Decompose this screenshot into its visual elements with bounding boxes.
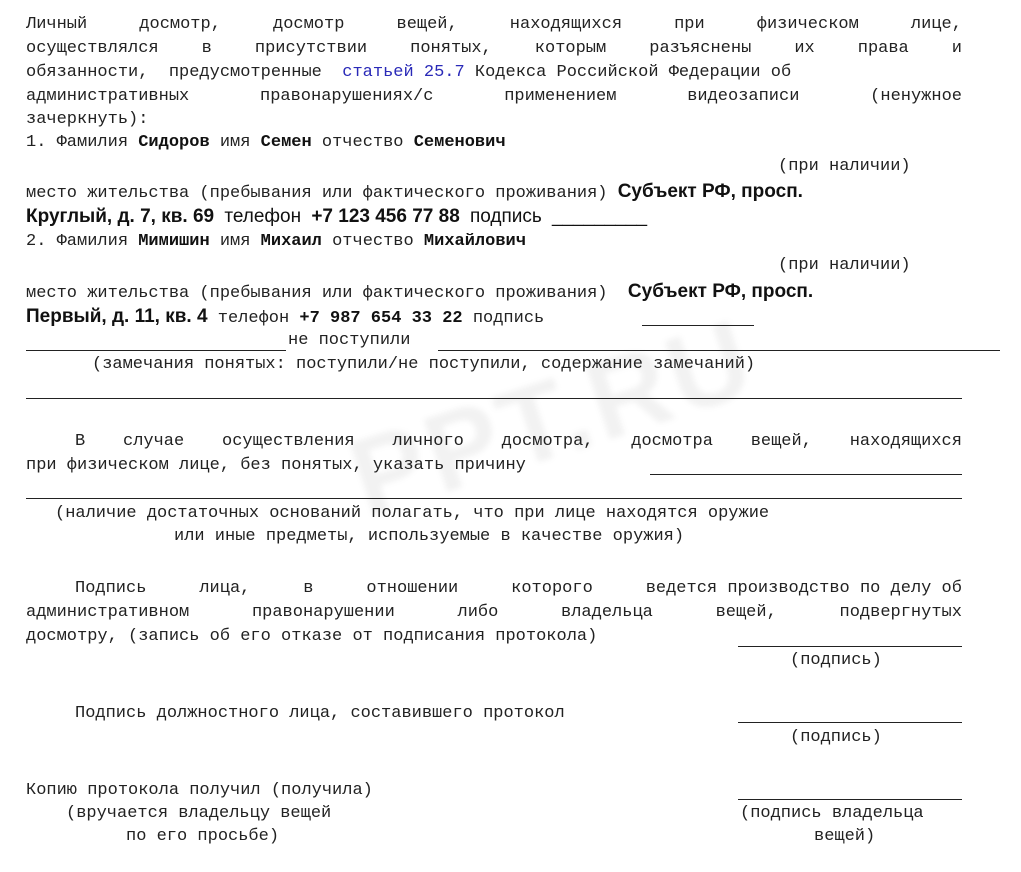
word: вещей, [397,14,458,36]
copy-received-note-1: (вручается владельцу вещей [66,803,331,825]
word: правонарушениях/с [260,86,433,108]
word: отношении [366,578,458,600]
witness-2-residence-line: место жительства (пребывания или фактиче… [26,281,813,305]
word: административных [26,86,189,108]
article-link[interactable]: статьей 25.7 [342,63,464,82]
witness-1-name: Семен [261,133,312,152]
word: понятых, [410,38,492,60]
witness-2-if-any: (при наличии) [778,255,911,277]
word: находящихся [850,431,962,453]
word: присутствии [255,38,367,60]
owner-signature-caption-2: вещей) [814,826,875,848]
reason-field[interactable] [650,474,962,475]
witness-1-surname: Сидоров [138,133,209,152]
word: досмотр, [139,14,221,36]
word: административном [26,602,189,624]
witness-2-address-line: Первый, д. 11, кв. 4 телефон +7 987 654 … [26,306,544,330]
witness-1-residence-line: место жительства (пребывания или фактиче… [26,181,803,205]
witness-1-address-1: Субъект РФ, просп. [618,181,803,202]
word: либо [458,602,499,624]
witness-1-address-line: Круглый, д. 7, кв. 69 телефон +7 123 456… [26,206,647,230]
word: вещей, [716,602,777,624]
word: лица, [199,578,250,600]
intro-line-1: Личныйдосмотр,досмотрвещей,находящихсяпр… [26,14,962,36]
intro-line-2: осуществлялсявприсутствиипонятых,которым… [26,38,962,60]
remarks-extra-field[interactable] [26,398,962,399]
witness-1-if-any: (при наличии) [778,156,911,178]
witness-2-name-line: 2. Фамилия Мимишин имя Михаил отчество М… [26,231,526,253]
witness-2-name: Михаил [261,232,322,251]
word: их [794,38,814,60]
word: Личный [26,14,87,36]
word: досмотра, [502,431,594,453]
witness-1-address-2: Круглый, д. 7, кв. 69 [26,206,214,227]
word: в [202,38,212,60]
witness-2-address-2: Первый, д. 11, кв. 4 [26,306,208,327]
word: подвергнутых [840,602,962,624]
witness-2-signature-field[interactable] [642,325,754,326]
person-signature-line-1: Подписьлица,вотношениикотороговедется пр… [75,578,962,600]
word: В [75,431,85,453]
no-witnesses-line-1: Вслучаеосуществленияличногодосмотра,досм… [75,431,962,453]
remarks-rule-right [438,350,1000,351]
witness-1-signature-field[interactable]: _________ [552,206,647,227]
word: Подпись [75,578,146,600]
reason-caption-1: (наличие достаточных оснований полагать,… [55,503,769,525]
intro-line-5: зачеркнуть): [26,109,148,131]
word: осуществления [222,431,355,453]
copy-received-note-2: по его просьбе) [126,826,279,848]
word: находящихся [510,14,622,36]
owner-signature-field[interactable] [738,799,962,800]
remarks-caption: (замечания понятых: поступили/не поступи… [92,354,755,376]
word: досмотр [273,14,344,36]
witness-1-phone: +7 123 456 77 88 [311,206,459,227]
no-witnesses-line-2: при физическом лице, без понятых, указат… [26,455,526,477]
witness-2-address-1: Субъект РФ, просп. [628,281,813,302]
officer-signature-label: Подпись должностного лица, составившего … [75,703,565,725]
person-signature-line-3: досмотру, (запись об его отказе от подпи… [26,626,597,648]
person-signature-field[interactable] [738,646,962,647]
person-signature-caption: (подпись) [790,650,882,672]
word: которого [511,578,593,600]
witness-1-patronymic: Семенович [414,133,506,152]
word: ведется производство по делу об [646,578,962,600]
word: (ненужное [870,86,962,108]
word: физическом [757,14,859,36]
word: права [858,38,909,60]
word: лице, [911,14,962,36]
word: разъяснены [649,38,751,60]
owner-signature-caption-1: (подпись владельца [740,803,924,825]
officer-signature-field[interactable] [738,722,962,723]
witness-2-phone: +7 987 654 33 22 [299,309,462,328]
reason-field-2[interactable] [26,498,962,499]
remarks-rule-left [26,350,286,351]
witness-2-patronymic: Михайлович [424,232,526,251]
word: применением [504,86,616,108]
reason-caption-2: или иные предметы, используемые в качест… [174,526,684,548]
witness-1-name-line: 1. Фамилия Сидоров имя Семен отчество Се… [26,132,506,154]
officer-signature-caption: (подпись) [790,727,882,749]
word: правонарушении [252,602,395,624]
word: случае [123,431,184,453]
word: осуществлялся [26,38,159,60]
intro-line-3: обязанности, предусмотренные статьей 25.… [26,62,791,84]
word: которым [535,38,606,60]
word: в [303,578,313,600]
copy-received-label: Копию протокола получил (получила) [26,780,373,802]
person-signature-line-2: административномправонарушениилибовладел… [26,602,962,624]
word: владельца [561,602,653,624]
word: при [674,14,705,36]
word: и [952,38,962,60]
word: видеозаписи [687,86,799,108]
word: личного [392,431,463,453]
remarks-value[interactable]: не поступили [288,330,410,352]
intro-line-4: административныхправонарушениях/спримене… [26,86,962,108]
word: досмотра [631,431,713,453]
word: вещей, [751,431,812,453]
witness-2-surname: Мимишин [138,232,209,251]
